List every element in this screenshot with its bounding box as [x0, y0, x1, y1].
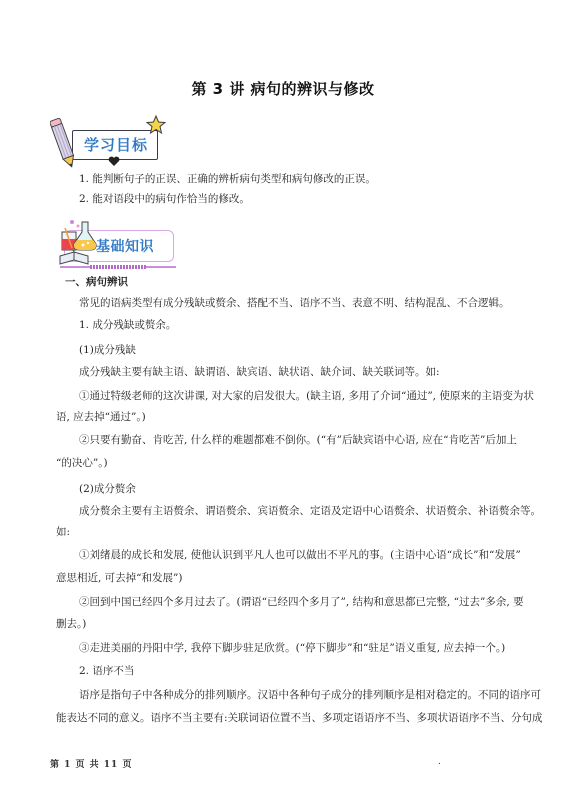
example-line: ①通过特级老师的这次讲课, 对大家的启发很大。(缺主语, 多用了介词“通过”, …	[79, 389, 534, 403]
basic-knowledge-banner: 基础知识	[52, 218, 182, 272]
banner-underline-dots	[90, 265, 146, 269]
subheading: 2. 语序不当	[79, 664, 134, 678]
example-line: ③走进美丽的丹阳中学, 我停下脚步驻足欣赏。(“停下脚步”和“驻足”语义重复, …	[79, 641, 505, 655]
page-title: 第 3 讲 病句的辨识与修改	[0, 78, 566, 99]
paragraph: 常见的语病类型有成分残缺或赘余、搭配不当、语序不当、表意不明、结构混乱、不合逻辑…	[79, 296, 510, 310]
section-heading: 一、病句辨识	[65, 275, 128, 289]
learning-goals-banner: 学习目标	[50, 114, 170, 170]
example-line: 意思相近, 可去掉“和发展”)	[56, 571, 183, 585]
example-line: “的决心”。)	[56, 456, 108, 470]
basic-knowledge-label: 基础知识	[96, 236, 154, 256]
page-number: 第 1 页 共 11 页	[50, 757, 132, 770]
paragraph: 能表达不同的意义。语序不当主要有:关联词语位置不当、多项定语语序不当、多项状语语…	[56, 711, 543, 725]
goal-item-1: 1. 能判断句子的正误、正确的辨析病句类型和病句修改的正误。	[79, 172, 376, 186]
example-line: 删去。)	[56, 617, 86, 631]
subheading: (1)成分残缺	[79, 343, 136, 357]
example-line: ②只要有勤奋、肯吃苦, 什么样的难题都难不倒你。(“有”后缺宾语中心语, 应在“…	[79, 433, 517, 447]
example-line: ②回到中国已经四个多月过去了。(谓语“已经四个多月了”, 结构和意思都已完整, …	[79, 595, 524, 609]
paragraph: 成分赘余主要有主语赘余、谓语赘余、宾语赘余、定语及定语中心语赘余、状语赘余、补语…	[79, 504, 541, 518]
footer-dot: .	[438, 757, 441, 767]
learning-goals-label: 学习目标	[74, 134, 158, 155]
goal-item-2: 2. 能对语段中的病句作恰当的修改。	[79, 192, 250, 206]
paragraph: 如:	[56, 525, 70, 539]
paragraph: 语序是指句子中各种成分的排列顺序。汉语中各种句子成分的排列顺序是相对稳定的。不同…	[79, 688, 541, 702]
example-line: ①刘绪晨的成长和发展, 使他认识到平凡人也可以做出不平凡的事。(主语中心语“成长…	[79, 548, 521, 562]
subheading: 1. 成分残缺或赘余。	[79, 318, 176, 332]
paragraph: 成分残缺主要有缺主语、缺谓语、缺宾语、缺状语、缺介词、缺关联词等。如:	[79, 365, 440, 379]
subheading: (2)成分赘余	[79, 482, 136, 496]
example-line: 语, 应去掉“通过”。)	[56, 410, 146, 424]
